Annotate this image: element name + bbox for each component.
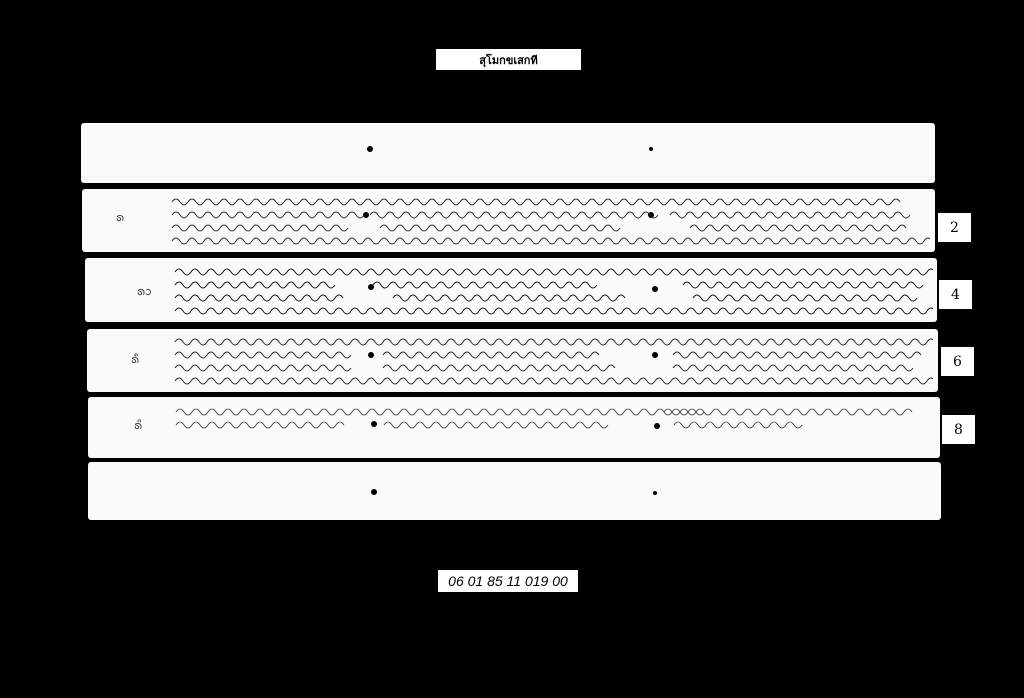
palm-leaf-5: ᩁᩦ: [88, 397, 940, 458]
leaf-margin-numeral: ᩁᩣ: [137, 283, 152, 301]
page-number-label: 4: [939, 280, 972, 309]
palm-leaf-4: ᩁᩥ: [87, 329, 938, 392]
catalog-code: 06 01 85 11 019 00: [448, 573, 568, 589]
handwritten-text-block: [170, 194, 930, 248]
leaf-margin-numeral: ᩁ: [116, 209, 124, 227]
page-number-label: 8: [942, 415, 975, 444]
binding-hole-icon: [649, 147, 653, 151]
palm-leaf-3: ᩁᩣ: [85, 258, 937, 322]
palm-leaf-1: [81, 123, 935, 183]
binding-hole-icon: [653, 491, 657, 495]
catalog-code-label: 06 01 85 11 019 00: [438, 570, 578, 592]
handwritten-text-block: [174, 404, 934, 434]
document-title: สุโมกขเสกที: [479, 51, 537, 69]
document-title-label: สุโมกขเสกที: [436, 49, 581, 70]
palm-leaf-2: ᩁ: [82, 189, 935, 252]
leaf-margin-numeral: ᩁᩥ: [131, 351, 139, 369]
handwritten-text-block: [173, 264, 933, 318]
page-number-label: 2: [938, 213, 971, 242]
palm-leaf-6: [88, 462, 941, 520]
leaf-margin-numeral: ᩁᩦ: [134, 417, 142, 435]
binding-hole-icon: [367, 146, 373, 152]
binding-hole-icon: [371, 489, 377, 495]
handwritten-text-block: [173, 334, 933, 388]
page-number-label: 6: [941, 347, 974, 376]
